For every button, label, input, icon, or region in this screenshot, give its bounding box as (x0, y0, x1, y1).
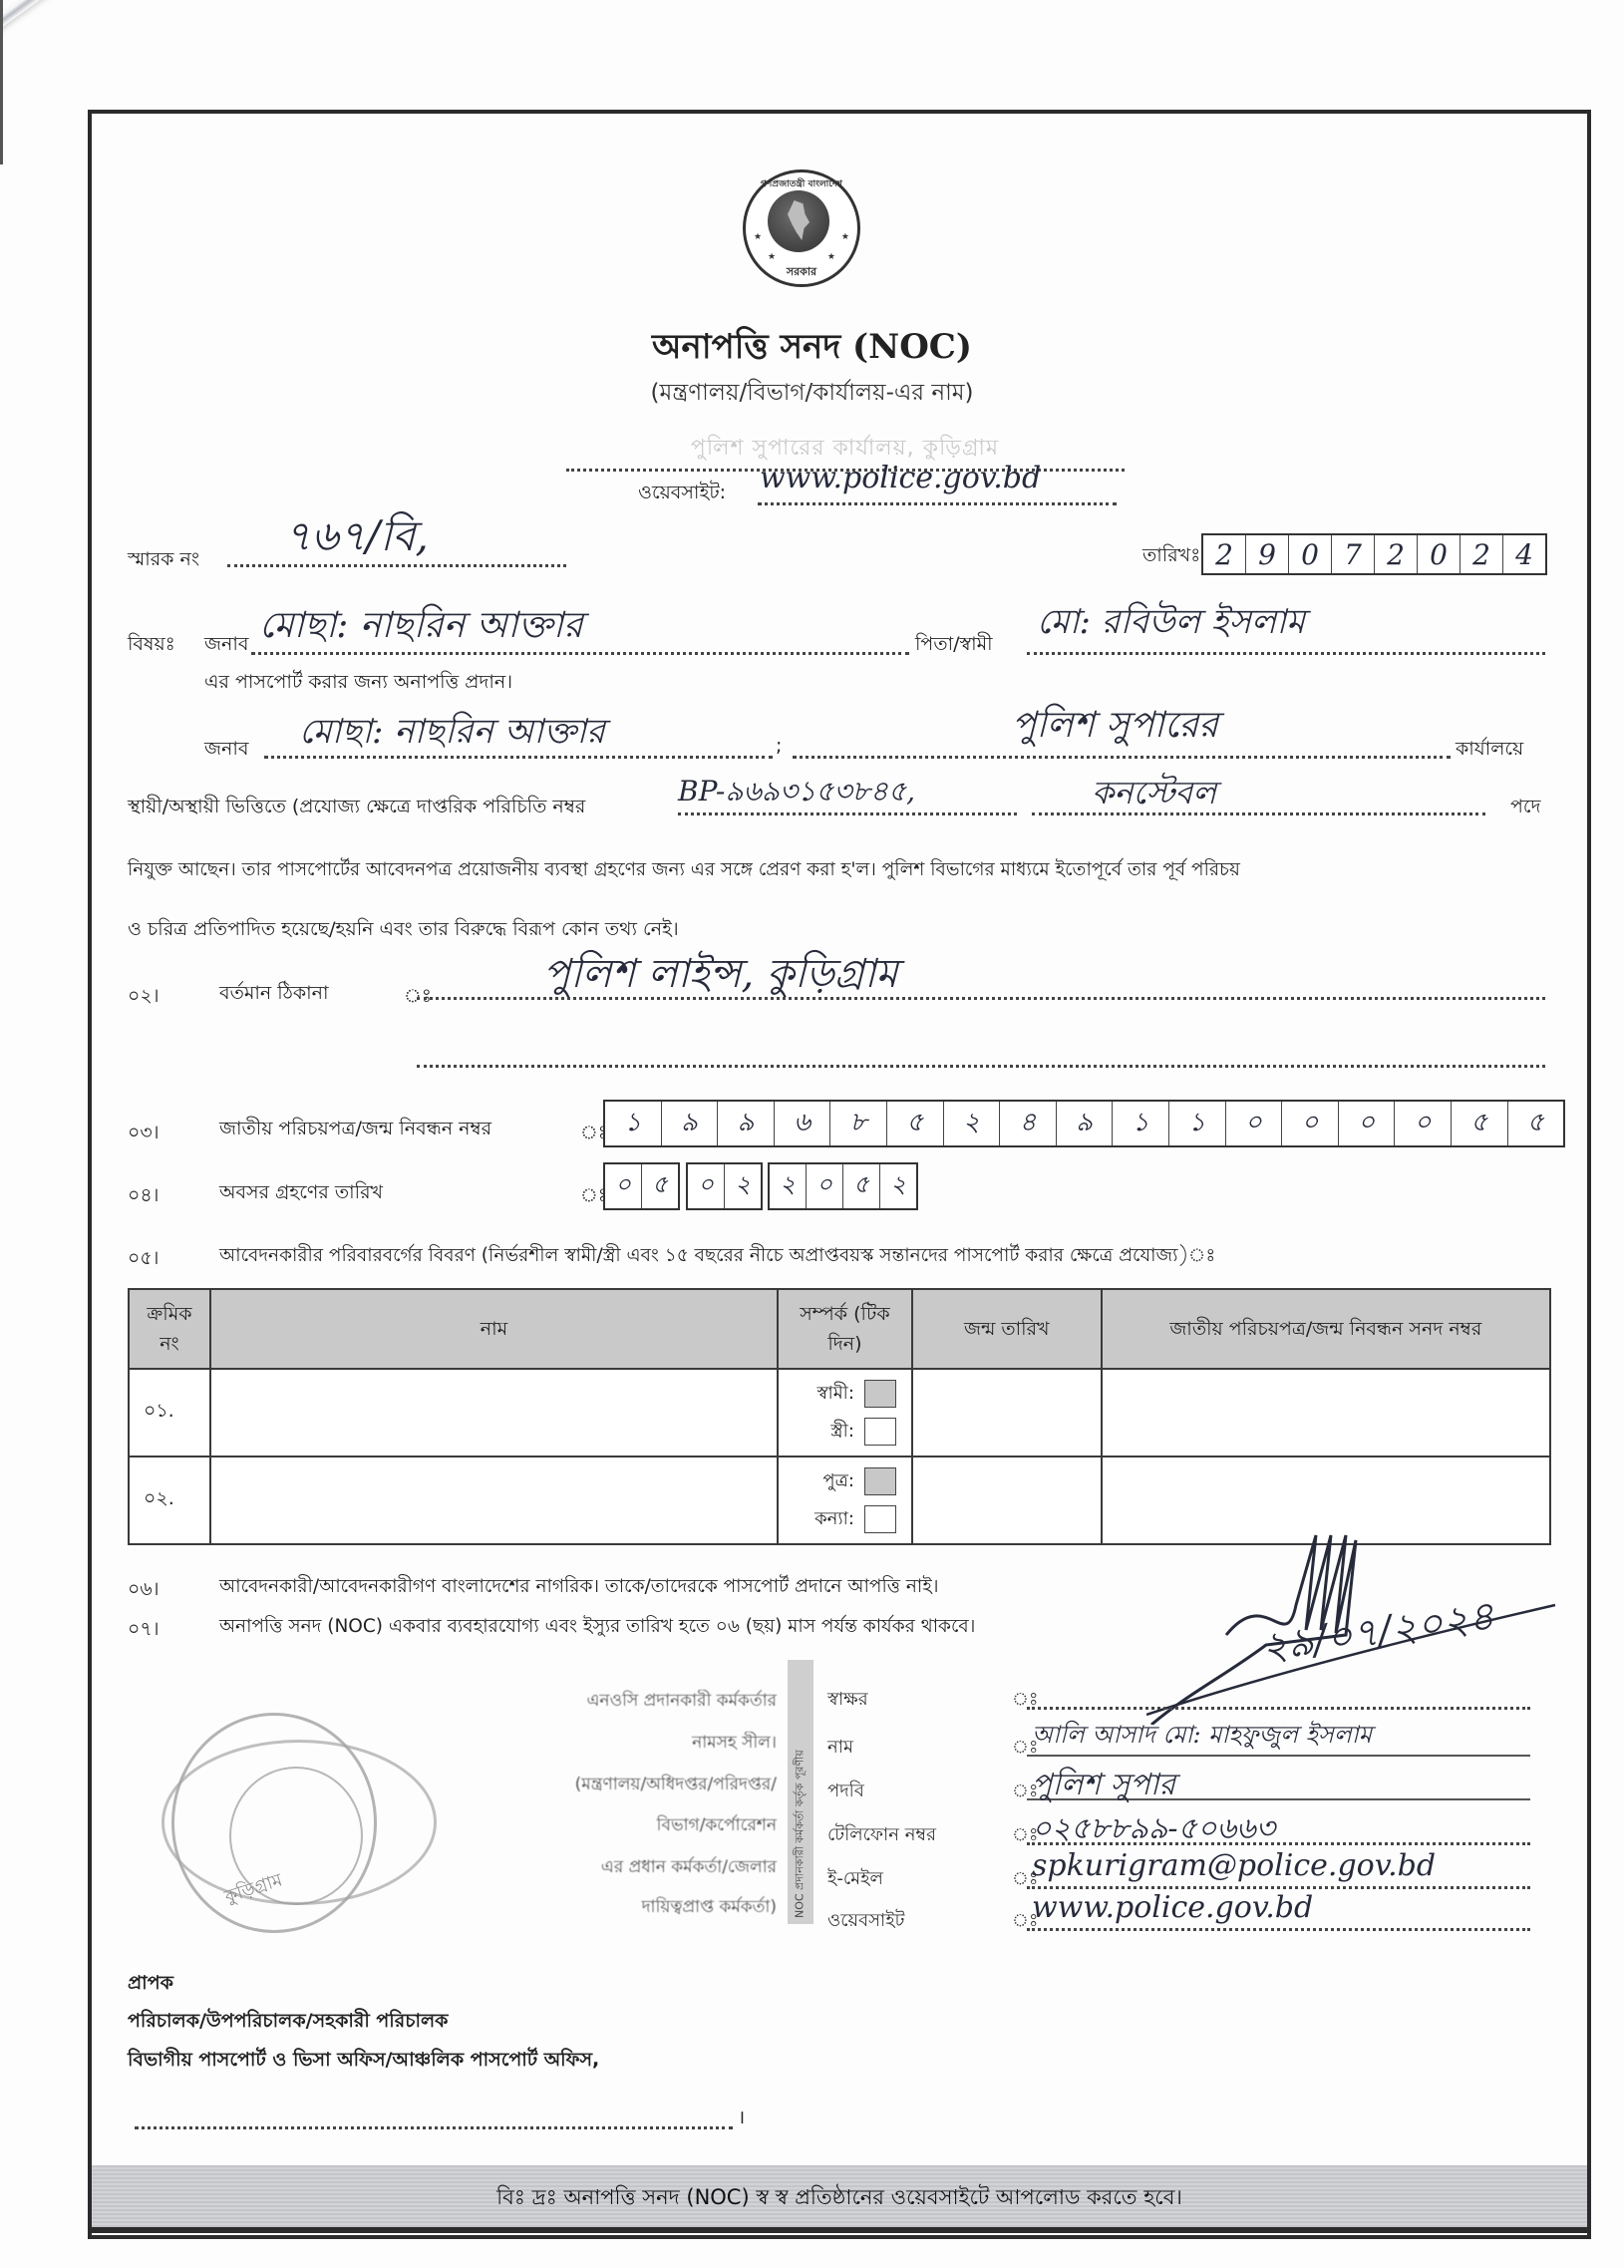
header-name: নাম (210, 1289, 778, 1369)
digit-box[interactable]: 2 (1461, 535, 1503, 573)
digit-box[interactable]: ০ (1339, 1102, 1396, 1145)
row-serial: ০১. (129, 1369, 210, 1457)
item06-text: আবেদনকারী/আবেদনকারীগণ বাংলাদেশের নাগরিক।… (219, 1572, 939, 1603)
signature-field-label: নাম (827, 1733, 853, 1764)
digit-box[interactable]: ৫ (843, 1164, 880, 1208)
scan-fold-artifact (0, 0, 212, 68)
table-row: ০১. স্বামী: স্ত্রী: (129, 1369, 1550, 1457)
digit-box[interactable]: ০ (605, 1164, 642, 1208)
recipient-line2: বিভাগীয় পাসপোর্ট ও ভিসা অফিস/আঞ্চলিক পা… (128, 2046, 599, 2078)
digit-box[interactable]: ০ (688, 1164, 725, 1208)
signature-field-line (1027, 1707, 1530, 1710)
signature-field-value[interactable]: spkurigram@police.gov.bd (1032, 1848, 1436, 1883)
retirement-num: ০৪। (128, 1181, 159, 1213)
row-nid-cell[interactable] (1102, 1369, 1550, 1457)
memo-dotted-line (227, 564, 566, 567)
post-suffix: পদে (1510, 793, 1541, 824)
star-icon: ★ (827, 252, 835, 262)
signature-field-line (1027, 1928, 1530, 1931)
digit-box[interactable]: ৯ (1057, 1102, 1114, 1145)
nid-num: ০৩। (128, 1119, 160, 1150)
body-name-dotted-line (264, 756, 773, 759)
father-husband-value[interactable]: মো: রবিউল ইসলাম (1037, 596, 1305, 653)
item07-text: অনাপত্তি সনদ (NOC) একবার ব্যবহারযোগ্য এব… (219, 1612, 975, 1643)
subject-line2: এর পাসপোর্ট করার জন্য অনাপত্তি প্রদান। (204, 668, 512, 700)
header-dob: জন্ম তারিখ (912, 1289, 1102, 1369)
subject-name-dotted-line (251, 652, 909, 655)
address-num: ০২। (128, 982, 160, 1014)
body-paragraph-1: নিযুক্ত আছেন। তার পাসপোর্টের আবেদনপত্র প… (128, 855, 1240, 886)
row-name-cell[interactable] (210, 1369, 778, 1457)
retirement-label: অবসর গ্রহণের তারিখ (219, 1178, 383, 1210)
retirement-month-boxes[interactable]: ০২ (686, 1162, 763, 1210)
bangladesh-map-icon (788, 200, 810, 240)
item07-num: ০৭। (128, 1615, 160, 1647)
document-subtitle: (মন্ত্রণালয়/বিভাগ/কার্যালয়-এর নাম) (0, 374, 1624, 413)
footer-note: বিঃ দ্রঃ অনাপত্তি সনদ (NOC) স্ব স্ব প্রত… (92, 2181, 1587, 2216)
digit-box[interactable]: ০ (1282, 1102, 1339, 1145)
digit-box[interactable]: ৫ (642, 1164, 678, 1208)
address-dotted-line-1 (417, 997, 1545, 1000)
header-nid: জাতীয় পরিচয়পত্র/জন্ম নিবন্ধন সনদ নম্বর (1102, 1289, 1550, 1369)
noc-officer-vertical-label: NOC প্রদানকারী কর্মকর্তা কর্তৃক পূরণীয় (788, 1660, 813, 1924)
seal-caption-line: দায়িত্বপ্রাপ্ত কর্মকর্তা) (642, 1894, 777, 1922)
recipient-dotted-line (135, 2126, 733, 2129)
digit-box[interactable]: ৬ (775, 1102, 831, 1145)
digit-box[interactable]: 2 (1375, 535, 1418, 573)
relation-option[interactable]: পুত্র: (780, 1462, 910, 1500)
seal-caption-line: এর প্রধান কর্মকর্তা/জেলার (601, 1854, 777, 1882)
digit-box[interactable]: ০ (1395, 1102, 1452, 1145)
digit-box[interactable]: ১ (1169, 1102, 1226, 1145)
star-icon: ★ (768, 252, 776, 262)
official-id-dotted-line (678, 812, 1017, 815)
star-icon: ★ (754, 232, 762, 242)
row-name-cell[interactable] (210, 1457, 778, 1544)
family-table-header: ক্রমিক নং নাম সম্পর্ক (টিক দিন) জন্ম তার… (129, 1289, 1550, 1369)
signature-field-label: টেলিফোন নম্বর (827, 1820, 936, 1851)
digit-box[interactable]: ২ (770, 1164, 807, 1208)
subject-janab-label: জনাব (204, 630, 248, 662)
signature-field-colon: ঃ (1012, 1685, 1038, 1716)
star-icon: ★ (841, 232, 849, 242)
father-dotted-line (1027, 652, 1545, 655)
digit-box[interactable]: ৪ (1000, 1102, 1057, 1145)
emblem-bottom-text: সরকার (746, 263, 857, 282)
retirement-year-boxes[interactable]: ২০৫২ (768, 1162, 918, 1210)
daughter-checkbox[interactable] (864, 1505, 896, 1533)
retirement-day-boxes[interactable]: ০৫ (603, 1162, 680, 1210)
item06-num: ০৬। (128, 1575, 160, 1607)
signature-field-value[interactable]: www.police.gov.bd (1032, 1890, 1313, 1925)
relation-option[interactable]: কন্যা: (780, 1500, 910, 1538)
seal-caption-line: এনওসি প্রদানকারী কর্মকর্তার (587, 1688, 778, 1716)
digit-box[interactable]: ১ (1113, 1102, 1169, 1145)
digit-box[interactable]: 4 (1503, 535, 1545, 573)
husband-checkbox[interactable] (864, 1380, 896, 1408)
digit-box[interactable]: ৫ (1508, 1102, 1564, 1145)
digit-box[interactable]: ০ (807, 1164, 843, 1208)
wife-checkbox[interactable] (864, 1418, 896, 1446)
post-dotted-line (1032, 812, 1485, 815)
signature-field-label: ওয়েবসাইট (827, 1906, 904, 1937)
digit-box[interactable]: 0 (1418, 535, 1461, 573)
family-label: আবেদনকারীর পরিবারবর্গের বিবরণ (নির্ভরশীল… (219, 1241, 1215, 1272)
signature-field-label: ই-মেইল (827, 1864, 883, 1895)
digit-box[interactable]: 2 (1203, 535, 1246, 573)
row-dob-cell[interactable] (912, 1369, 1102, 1457)
website-label: ওয়েবসাইট: (638, 479, 726, 510)
digit-box[interactable]: ৫ (887, 1102, 944, 1145)
address-dotted-line-2 (417, 1065, 1545, 1068)
official-id-value[interactable]: BP-৯৬৯৩১৫৩৮৪৫, (678, 770, 915, 816)
office-dotted-line (793, 756, 1451, 759)
government-emblem-icon: গণপ্রজাতন্ত্রী বাংলাদেশ ★ ★ ★ ★ সরকার (743, 169, 860, 287)
family-table: ক্রমিক নং নাম সম্পর্ক (টিক দিন) জন্ম তার… (128, 1288, 1551, 1545)
signature-field-label: স্বাক্ষর (827, 1685, 868, 1716)
website-value[interactable]: www.police.gov.bd (760, 461, 1041, 495)
father-husband-label: পিতা/স্বামী (915, 630, 993, 662)
subject-name-value[interactable]: মোছা: নাছরিন আক্তার (259, 598, 583, 658)
family-num: ০৫। (128, 1244, 159, 1276)
memo-label: স্মারক নং (128, 545, 199, 577)
relation-option[interactable]: স্ত্রী: (780, 1413, 910, 1451)
digit-box[interactable]: 9 (1246, 535, 1289, 573)
row-serial: ০২. (129, 1457, 210, 1544)
digit-box[interactable]: 0 (1289, 535, 1332, 573)
seal-caption-line: বিভাগ/কর্পোরেশন (657, 1812, 777, 1840)
subject-label: বিষয়ঃ (128, 630, 175, 662)
digit-box[interactable]: 7 (1332, 535, 1375, 573)
digit-box[interactable]: ০ (1226, 1102, 1283, 1145)
address-label: বর্তমান ঠিকানা (219, 979, 329, 1011)
digit-box[interactable]: ২ (725, 1164, 761, 1208)
signature-field-value[interactable]: আলি আসাদ মো: মাহফুজুল ইসলাম (1032, 1717, 1372, 1757)
row-relation-cell: স্বামী: স্ত্রী: (778, 1369, 912, 1457)
employment-basis-text: স্থায়ী/অস্থায়ী ভিত্তিতে (প্রযোজ্য ক্ষে… (128, 793, 585, 824)
row-dob-cell[interactable] (912, 1457, 1102, 1544)
document-title: অনাপত্তি সনদ (NOC) (0, 321, 1624, 378)
scan-edge (0, 0, 3, 164)
recipient-label: প্রাপক (128, 1969, 173, 2001)
nid-number-boxes[interactable]: ১৯৯৬৮৫২৪৯১১০০০০৫৫ (603, 1100, 1565, 1147)
signature-field-label: পদবি (827, 1777, 864, 1807)
digit-box[interactable]: ৫ (1452, 1102, 1508, 1145)
signature-field-line (1027, 1886, 1530, 1889)
website-dotted-line (758, 502, 1117, 505)
son-checkbox[interactable] (864, 1467, 896, 1495)
body-janab-label: জনাব (204, 735, 248, 767)
header-relation: সম্পর্ক (টিক দিন) (778, 1289, 912, 1369)
digit-box[interactable]: ২ (944, 1102, 1001, 1145)
office-value[interactable]: পুলিশ সুপারের (1012, 698, 1218, 758)
date-label: তারিখঃ (1142, 541, 1200, 573)
semicolon: ; (776, 735, 782, 757)
office-suffix: কার্যালয়ে (1456, 735, 1523, 767)
seal-caption-line: নামসহ সীল। (692, 1730, 777, 1758)
relation-option[interactable]: স্বামী: (780, 1375, 910, 1413)
body-name-value[interactable]: মোছা: নাছরিন আক্তার (299, 706, 605, 763)
recipient-line3-suffix: । (738, 2104, 745, 2129)
footer-note-band: বিঃ দ্রঃ অনাপত্তি সনদ (NOC) স্ব স্ব প্রত… (92, 2165, 1587, 2233)
seal-caption-line: (মন্ত্রণালয়/অধিদপ্তর/পরিদপ্তর/ (575, 1772, 777, 1799)
issue-date-boxes[interactable]: 29072024 (1201, 533, 1547, 575)
digit-box[interactable]: ৯ (718, 1102, 775, 1145)
digit-box[interactable]: ৮ (830, 1102, 887, 1145)
digit-box[interactable]: ২ (880, 1164, 916, 1208)
emblem-disc (768, 190, 829, 252)
digit-box[interactable]: ৯ (662, 1102, 719, 1145)
emblem-top-text: গণপ্রজাতন্ত্রী বাংলাদেশ (746, 176, 857, 191)
recipient-line1: পরিচালক/উপপরিচালক/সহকারী পরিচালক (128, 2007, 448, 2039)
header-serial: ক্রমিক নং (129, 1289, 210, 1369)
nid-label: জাতীয় পরিচয়পত্র/জন্ম নিবন্ধন নম্বর (219, 1115, 491, 1146)
digit-box[interactable]: ১ (605, 1102, 662, 1145)
row-relation-cell: পুত্র: কন্যা: (778, 1457, 912, 1544)
